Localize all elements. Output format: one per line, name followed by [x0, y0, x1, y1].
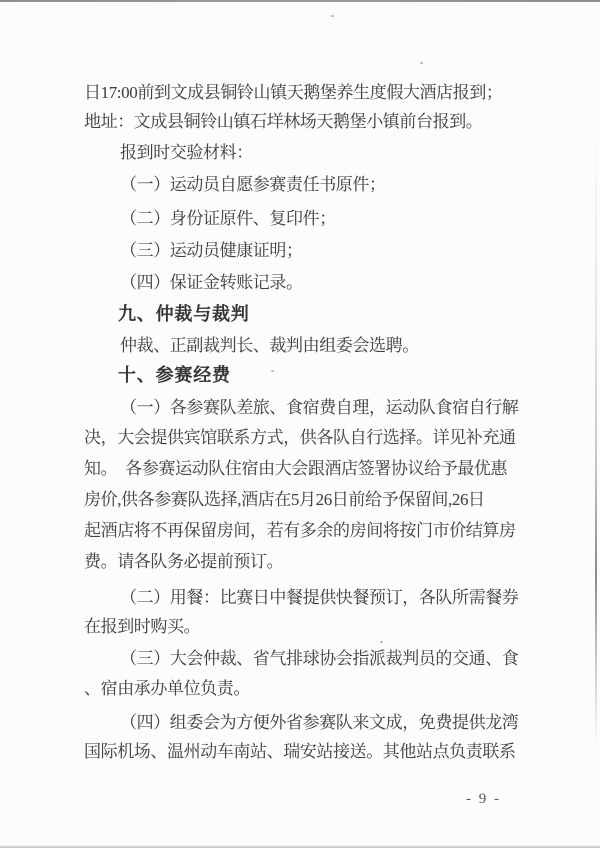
doc-line-material-2: （二）身份证原件、复印件； — [120, 208, 336, 230]
doc-line-expense-1c: 知。 各参赛运动队住宿由大会跟酒店签署协议给予最优惠 — [84, 458, 507, 480]
doc-line-arbitration-body: 仲裁、正副裁判长、裁判由组委会选聘。 — [120, 335, 419, 357]
doc-line-material-3: （三）运动员健康证明； — [120, 240, 303, 262]
doc-line-material-1: （一）运动员自愿参赛责任书原件； — [120, 174, 386, 196]
doc-line-material-4: （四）保证金转账记录。 — [120, 272, 303, 294]
doc-line-expense-1b: 决，大会提供宾馆联系方式，供各队自行选择。详见补充通 — [84, 427, 516, 449]
doc-line-expense-1a: （一）各参赛队差旅、食宿费自理，运动队食宿自行解 — [120, 397, 518, 419]
doc-line-checkin-deadline: 日17:00前到文成县铜铃山镇天鹅堡养生度假大酒店报到； — [84, 82, 503, 104]
doc-line-expense-4b: 国际机场、温州动车南站、瑞安站接送。其他站点负责联系 — [84, 741, 516, 763]
doc-line-expense-1d: 房价,供各参赛队选择,酒店在5月26日前给予保留间,26日 — [84, 489, 485, 511]
scan-speck — [420, 62, 423, 64]
scan-speck — [271, 370, 274, 372]
doc-line-expense-4a: （四）组委会为方便外省参赛队来文成，免费提供龙湾 — [120, 712, 518, 734]
section-heading-expenses: 十、参赛经费 — [118, 364, 231, 386]
scan-speck — [331, 15, 334, 17]
scan-artifact-top-edge — [0, 0, 600, 2]
section-heading-arbitration: 九、仲裁与裁判 — [118, 303, 250, 325]
scan-speck — [380, 641, 383, 643]
doc-line-expense-3a: （三）大会仲裁、省气排球协会指派裁判员的交通、食 — [120, 648, 518, 670]
doc-line-expense-1f: 费。请各队务必提前预订。 — [84, 551, 283, 573]
doc-line-checkin-address: 地址：文成县铜铃山镇石垟林场天鹅堡小镇前台报到。 — [84, 111, 482, 133]
page-number: - 9 - — [466, 791, 501, 808]
scan-artifact-right-streak — [595, 120, 597, 750]
doc-line-expense-1e: 起酒店将不再保留房间，若有多余的房间将按门市价结算房 — [84, 520, 516, 542]
doc-line-expense-2a: （二）用餐：比赛日中餐提供快餐预订，各队所需餐券 — [120, 587, 518, 609]
doc-line-expense-2b: 在报到时购买。 — [84, 616, 200, 638]
scanned-document-page: 日17:00前到文成县铜铃山镇天鹅堡养生度假大酒店报到； 地址：文成县铜铃山镇石… — [0, 0, 600, 848]
doc-line-expense-3b: 、宿由承办单位负责。 — [84, 678, 250, 700]
doc-line-materials-title: 报到时交验材料： — [120, 142, 253, 164]
